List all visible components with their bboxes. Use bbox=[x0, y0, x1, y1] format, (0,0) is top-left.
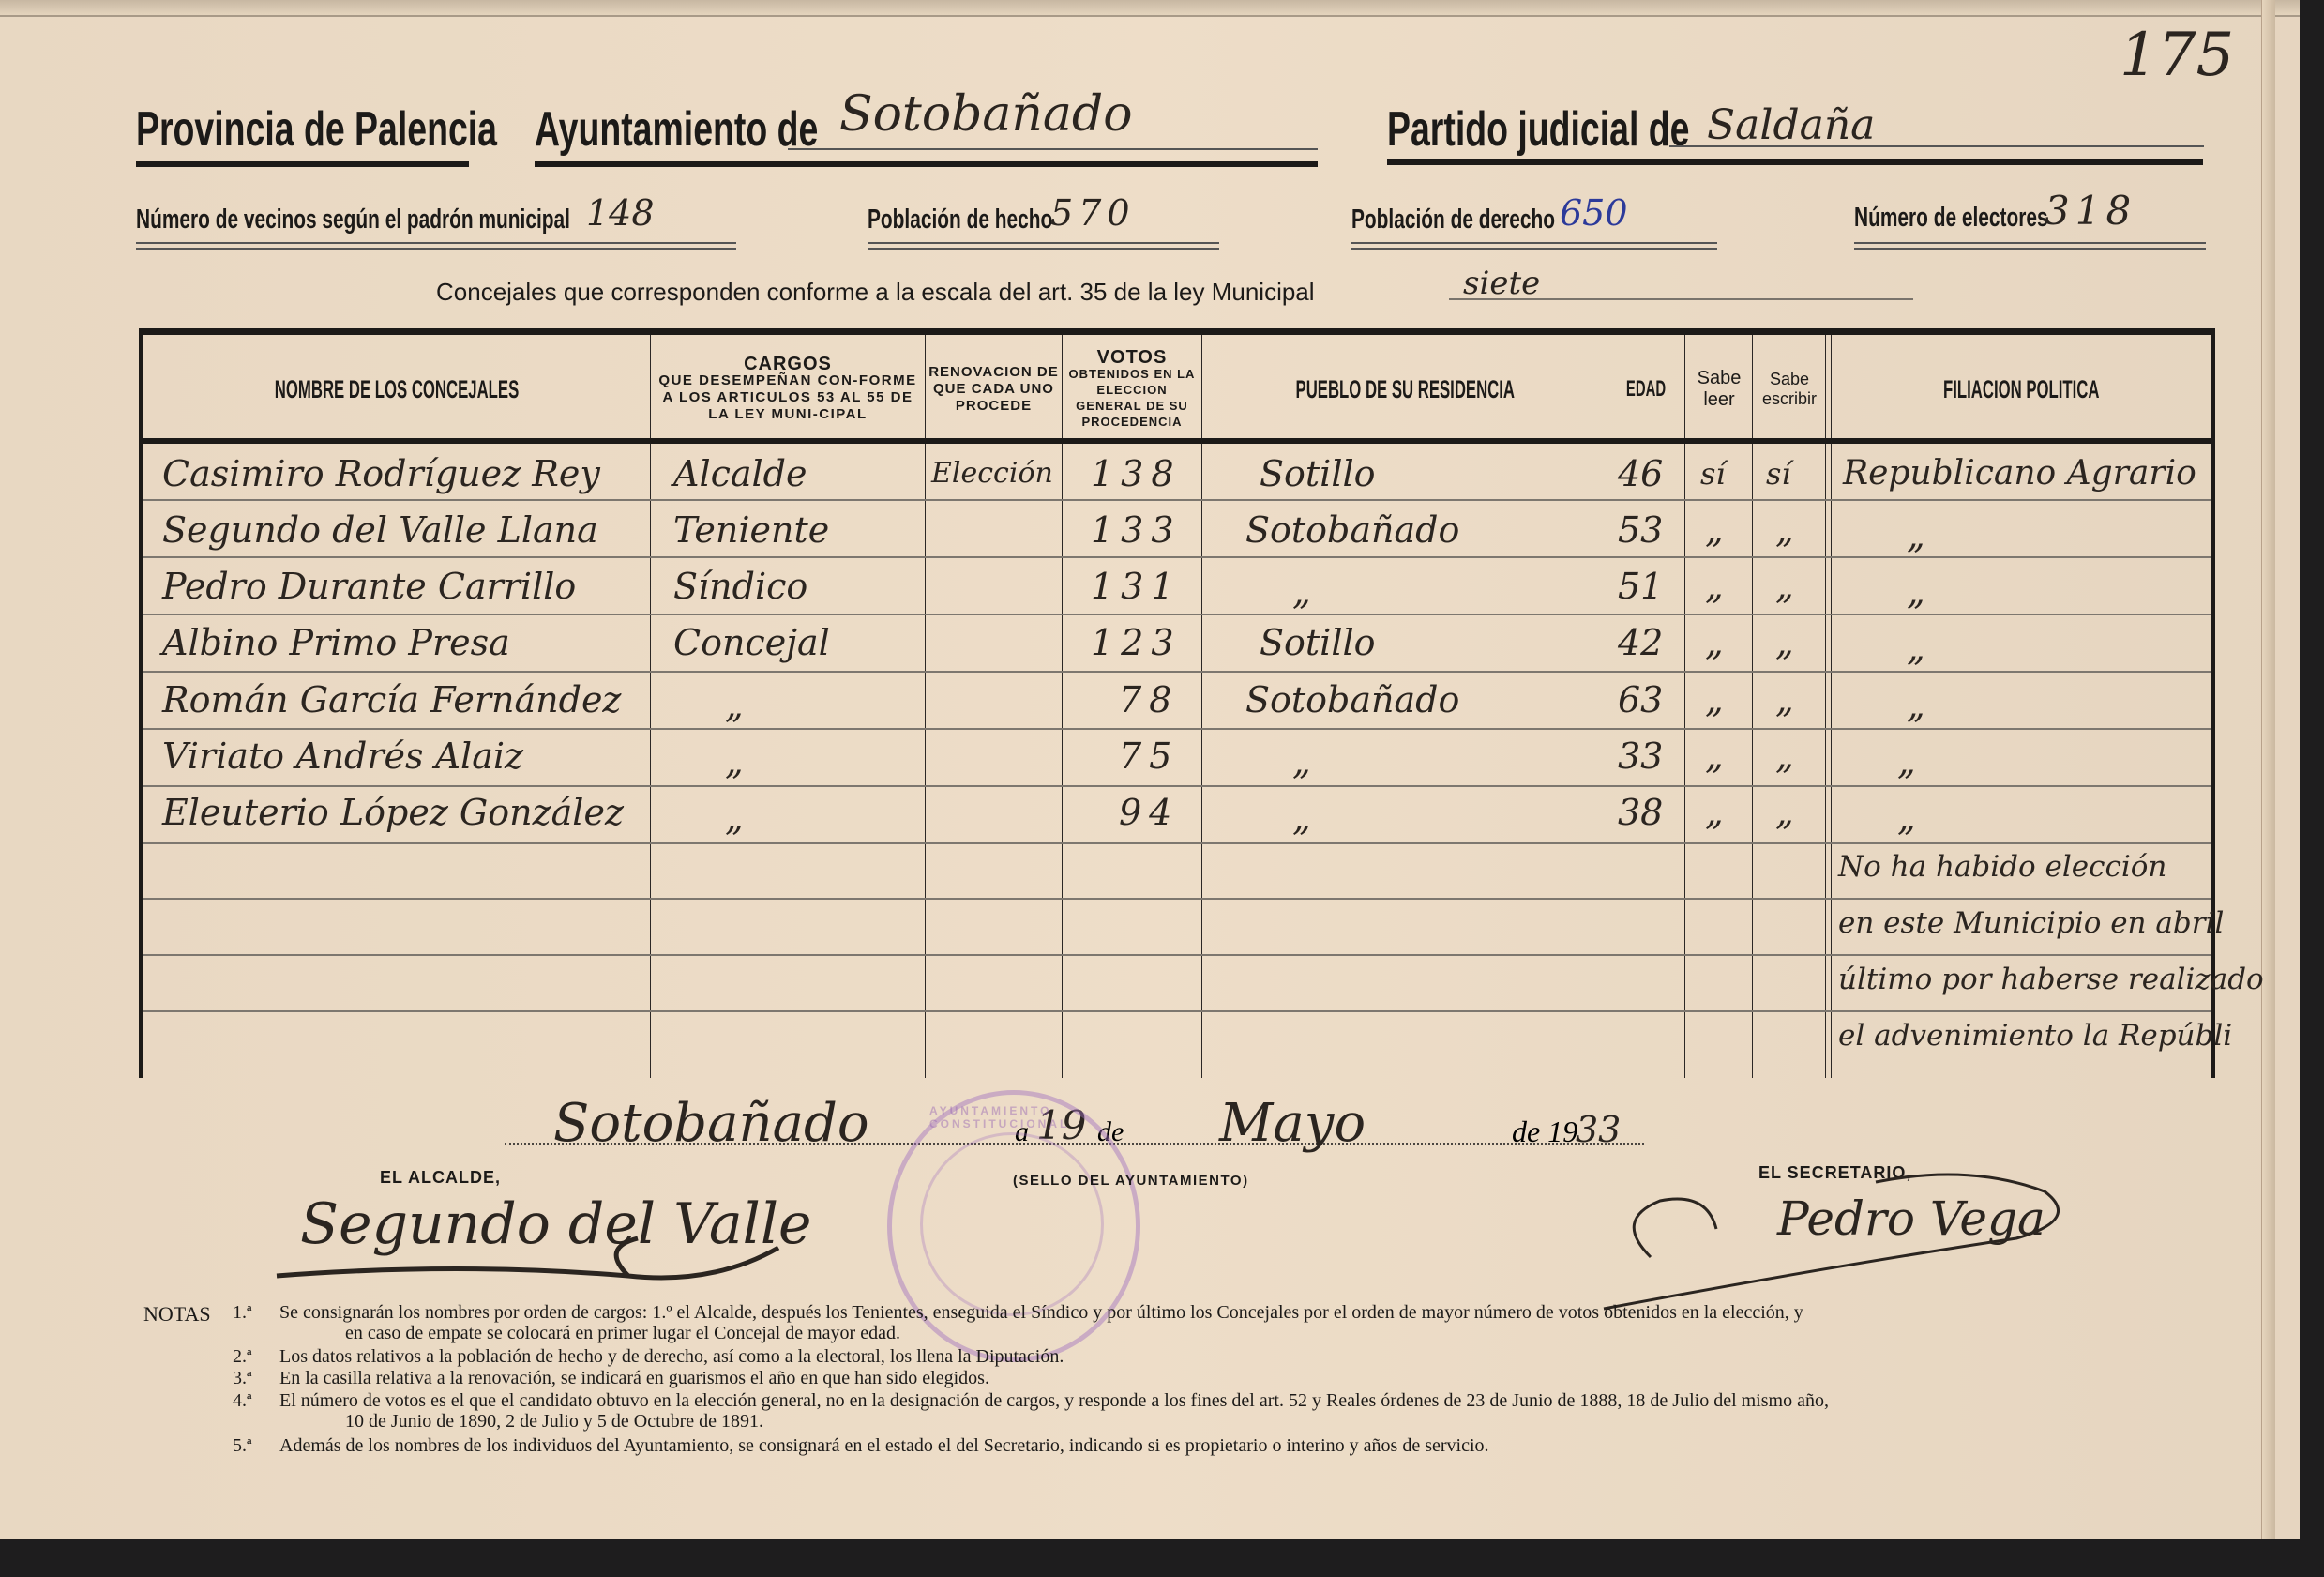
concejales-label: Concejales que corresponden conforme a l… bbox=[436, 278, 1315, 307]
header-cargos: CARGOS QUE DESEMPEÑAN CON-FORME A LOS AR… bbox=[652, 341, 924, 438]
provincia-underline bbox=[136, 161, 469, 167]
cell-leer: „ bbox=[1705, 786, 1724, 839]
row-rule bbox=[143, 671, 2211, 673]
ayuntamiento-underline bbox=[535, 161, 1318, 167]
row-rule bbox=[143, 898, 2211, 900]
cell-renovacion: Elección bbox=[931, 447, 1053, 500]
note-number: 5.ª bbox=[233, 1435, 252, 1457]
header-edad: EDAD bbox=[1608, 341, 1684, 438]
cell-leer: „ bbox=[1705, 616, 1724, 669]
note-line: No ha habido elección bbox=[1838, 850, 2166, 884]
cell-edad: 42 bbox=[1618, 616, 1663, 669]
cell-escribir: „ bbox=[1775, 616, 1794, 669]
page-right-edge bbox=[2261, 0, 2275, 1539]
closing-month: Mayo bbox=[1219, 1093, 1366, 1154]
cell-filiacion: „ bbox=[1907, 622, 1925, 675]
cell-edad: 51 bbox=[1618, 560, 1663, 613]
concejales-field-line bbox=[1449, 298, 1913, 300]
note-line: último por haberse realizado bbox=[1838, 963, 2264, 996]
cell-nombre: Segundo del Valle Llana bbox=[162, 504, 598, 556]
note-text: En la casilla relativa a la renovación, … bbox=[279, 1368, 989, 1389]
cell-pueblo: „ bbox=[1292, 792, 1311, 844]
vecinos-line bbox=[136, 242, 736, 244]
cell-votos: 138 bbox=[1091, 447, 1182, 500]
cell-edad: 53 bbox=[1618, 504, 1663, 556]
col-divider bbox=[1201, 335, 1202, 1078]
hecho-value: 570 bbox=[1050, 192, 1136, 234]
cell-leer: „ bbox=[1705, 504, 1724, 556]
ayuntamiento-value: Sotobañado bbox=[839, 86, 1133, 143]
header-votos: VOTOS OBTENIDOS EN LA ELECCION GENERAL D… bbox=[1064, 341, 1200, 438]
cell-leer: „ bbox=[1705, 560, 1724, 613]
row-rule bbox=[143, 614, 2211, 615]
vecinos-value: 148 bbox=[586, 192, 655, 234]
folio-number: 175 bbox=[2120, 21, 2234, 90]
col-divider bbox=[1062, 335, 1063, 1078]
document-page: 175 Provincia de Palencia Ayuntamiento d… bbox=[0, 0, 2300, 1539]
cell-escribir: „ bbox=[1775, 560, 1794, 613]
cell-cargo: „ bbox=[725, 792, 744, 844]
ayuntamiento-label: Ayuntamiento de bbox=[535, 101, 818, 158]
cell-pueblo: Sotobañado bbox=[1245, 674, 1459, 726]
col-divider bbox=[925, 335, 926, 1078]
electores-value: 318 bbox=[2045, 188, 2136, 234]
partido-value: Saldaña bbox=[1707, 101, 1875, 149]
partido-field-line bbox=[1669, 145, 2204, 147]
cell-votos: 78 bbox=[1119, 674, 1179, 726]
cell-cargo: Teniente bbox=[673, 504, 829, 556]
provincia-label: Provincia de Palencia bbox=[136, 101, 497, 158]
header-pueblo: PUEBLO DE SU RESIDENCIA bbox=[1203, 341, 1607, 438]
cell-filiacion: „ bbox=[1897, 792, 1916, 844]
cell-pueblo: Sotillo bbox=[1260, 616, 1376, 669]
cell-edad: 63 bbox=[1618, 674, 1663, 726]
cell-votos: 131 bbox=[1091, 560, 1182, 613]
partido-underline bbox=[1387, 159, 2203, 165]
table-header-rule bbox=[143, 438, 2211, 444]
cell-cargo: Síndico bbox=[673, 560, 807, 613]
cell-filiacion: „ bbox=[1907, 509, 1925, 562]
note-text: El número de votos es el que el candidat… bbox=[279, 1390, 1829, 1412]
note-text: Además de los nombres de los individuos … bbox=[279, 1435, 1489, 1457]
cell-cargo: „ bbox=[725, 679, 744, 732]
col-divider bbox=[1752, 335, 1753, 1078]
cell-votos: 123 bbox=[1091, 616, 1182, 669]
hecho-line-2 bbox=[868, 248, 1219, 250]
cell-nombre: Albino Primo Presa bbox=[162, 616, 510, 669]
vecinos-line-2 bbox=[136, 248, 736, 250]
cell-escribir: „ bbox=[1775, 730, 1794, 782]
ayuntamiento-field-line bbox=[788, 148, 1318, 150]
derecho-value: 650 bbox=[1560, 192, 1628, 234]
cell-escribir: sí bbox=[1766, 447, 1791, 500]
cell-filiacion: „ bbox=[1897, 735, 1916, 788]
note-text: Los datos relativos a la población de he… bbox=[279, 1346, 1064, 1368]
cell-leer: „ bbox=[1705, 730, 1724, 782]
cell-edad: 46 bbox=[1618, 447, 1663, 500]
cell-escribir: „ bbox=[1775, 786, 1794, 839]
derecho-line bbox=[1351, 242, 1717, 244]
row-rule bbox=[143, 954, 2211, 956]
note-number: 1.ª bbox=[233, 1302, 252, 1324]
col-divider bbox=[650, 335, 651, 1078]
cell-nombre: Viriato Andrés Alaiz bbox=[162, 730, 523, 782]
cell-escribir: „ bbox=[1775, 504, 1794, 556]
col-divider bbox=[1831, 335, 1832, 1078]
sello-label: (SELLO DEL AYUNTAMIENTO) bbox=[1013, 1173, 1249, 1189]
cell-votos: 133 bbox=[1091, 504, 1182, 556]
cell-nombre: Casimiro Rodríguez Rey bbox=[162, 447, 600, 500]
closing-place: Sotobañado bbox=[553, 1093, 869, 1154]
alcalde-label: EL ALCALDE, bbox=[380, 1168, 501, 1188]
cell-escribir: „ bbox=[1775, 674, 1794, 726]
note-number: 3.ª bbox=[233, 1368, 252, 1389]
seal-text: AYUNTAMIENTO CONSTITUCIONAL bbox=[929, 1104, 1136, 1130]
page-top-edge bbox=[0, 0, 2300, 17]
note-text-cont: 10 de Junio de 1890, 2 de Julio y 5 de O… bbox=[345, 1411, 763, 1433]
cell-leer: sí bbox=[1700, 447, 1726, 500]
col-divider bbox=[1607, 335, 1607, 1078]
cell-pueblo: Sotobañado bbox=[1245, 504, 1459, 556]
electores-line-2 bbox=[1854, 248, 2206, 250]
cell-votos: 75 bbox=[1119, 730, 1179, 782]
cell-cargo: Alcalde bbox=[673, 447, 807, 500]
note-number: 4.ª bbox=[233, 1390, 252, 1412]
derecho-label: Población de derecho bbox=[1351, 205, 1555, 235]
cell-nombre: Eleuterio López González bbox=[162, 786, 624, 839]
col-divider bbox=[1825, 335, 1826, 1078]
row-rule bbox=[143, 1010, 2211, 1012]
cell-edad: 38 bbox=[1618, 786, 1663, 839]
note-text: Se consignarán los nombres por orden de … bbox=[279, 1302, 1803, 1324]
cell-pueblo: „ bbox=[1292, 566, 1311, 618]
derecho-line-2 bbox=[1351, 248, 1717, 250]
hecho-line bbox=[868, 242, 1219, 244]
header-renovacion: RENOVACION DE QUE CADA UNO PROCEDE bbox=[927, 341, 1061, 438]
cell-cargo: Concejal bbox=[673, 616, 830, 669]
cell-leer: „ bbox=[1705, 674, 1724, 726]
notes-label: NOTAS bbox=[143, 1302, 211, 1327]
note-line: el advenimiento la Repúbli bbox=[1838, 1019, 2232, 1053]
hecho-label: Población de hecho bbox=[868, 205, 1052, 235]
header-filiacion: FILIACION POLITICA bbox=[1833, 341, 2211, 438]
seal-inner-ring bbox=[920, 1132, 1104, 1316]
electores-line bbox=[1854, 242, 2206, 244]
note-line: en este Municipio en abril bbox=[1838, 906, 2224, 940]
concejales-value: siete bbox=[1463, 265, 1540, 302]
cell-pueblo: Sotillo bbox=[1260, 447, 1376, 500]
closing-year-label: de 19 bbox=[1512, 1115, 1577, 1149]
cell-pueblo: „ bbox=[1292, 735, 1311, 788]
closing-year-value: 33 bbox=[1576, 1109, 1621, 1150]
header-sabe-leer: Sabe leer bbox=[1686, 341, 1752, 438]
note-number: 2.ª bbox=[233, 1346, 252, 1368]
cell-filiacion: „ bbox=[1907, 566, 1925, 618]
header-nombre: NOMBRE DE LOS CONCEJALES bbox=[143, 341, 650, 438]
alcalde-signature-flourish bbox=[272, 1220, 797, 1304]
electores-label: Número de electores bbox=[1854, 203, 2048, 234]
cell-nombre: Pedro Durante Carrillo bbox=[162, 560, 576, 613]
cell-edad: 33 bbox=[1618, 730, 1663, 782]
note-text-cont: en caso de empate se colocará en primer … bbox=[345, 1323, 900, 1344]
cell-cargo: „ bbox=[725, 735, 744, 788]
cell-filiacion: Republicano Agrario bbox=[1843, 447, 2196, 500]
cell-votos: 94 bbox=[1119, 786, 1179, 839]
vecinos-label: Número de vecinos según el padrón munici… bbox=[136, 205, 570, 235]
cell-nombre: Román García Fernández bbox=[162, 674, 621, 726]
col-divider bbox=[1684, 335, 1685, 1078]
header-sabe-escribir: Sabe escribir bbox=[1754, 341, 1825, 438]
partido-label: Partido judicial de bbox=[1387, 101, 1689, 158]
secretario-signature-flourish bbox=[1594, 1163, 2082, 1323]
cell-filiacion: „ bbox=[1907, 679, 1925, 732]
row-rule bbox=[143, 556, 2211, 558]
